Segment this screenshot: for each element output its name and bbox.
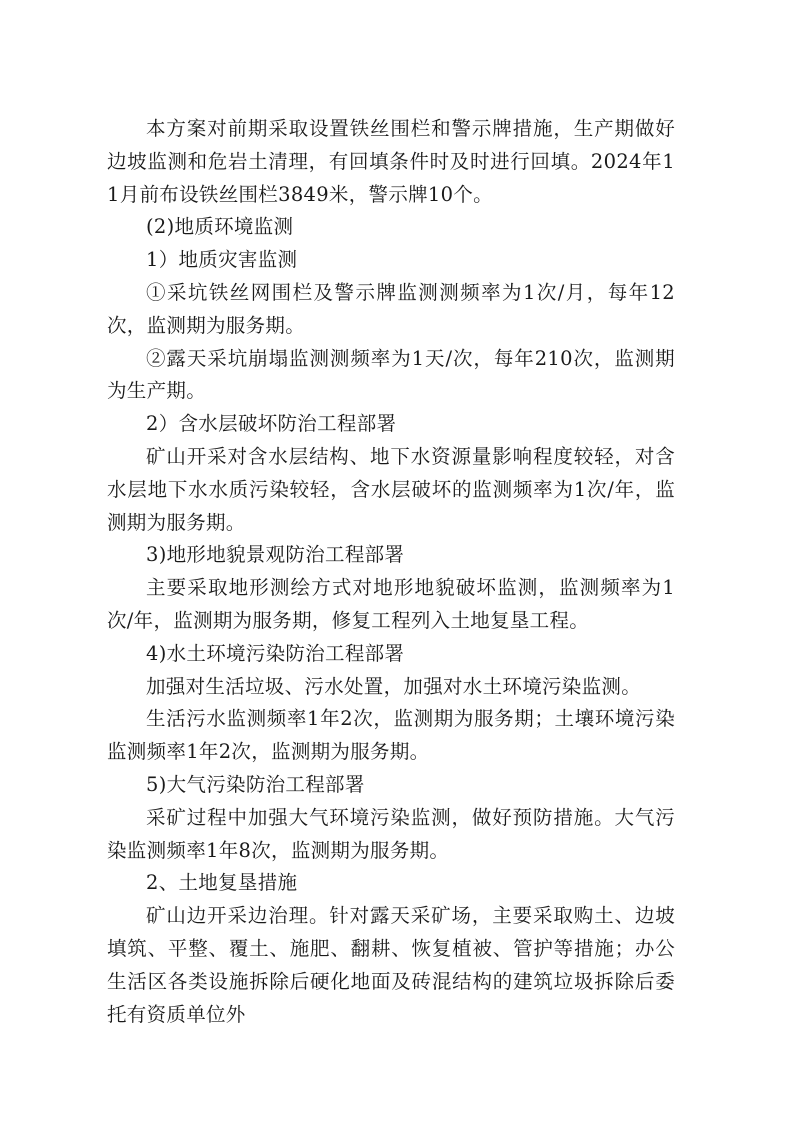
paragraph-fence-measures: 本方案对前期采取设置铁丝围栏和警示牌措施，生产期做好边坡监测和危岩土清理，有回填… (107, 113, 675, 211)
paragraph-air: 采矿过程中加强大气环境污染监测，做好预防措施。大气污染监测频率1年8次，监测期为… (107, 802, 675, 868)
heading-geo-env-monitoring: (2)地质环境监测 (107, 211, 675, 244)
heading-water-soil: 4)水土环境污染防治工程部署 (107, 638, 675, 671)
heading-aquifer: 2）含水层破坏防治工程部署 (107, 408, 675, 441)
heading-geo-hazard-monitoring: 1）地质灾害监测 (107, 244, 675, 277)
paragraph-water-soil-1: 加强对生活垃圾、污水处置，加强对水土环境污染监测。 (107, 671, 675, 704)
heading-landform: 3)地形地貌景观防治工程部署 (107, 539, 675, 572)
paragraph-land-reclamation: 矿山边开采边治理。针对露天采矿场，主要采取购土、边坡填筑、平整、覆土、施肥、翻耕… (107, 900, 675, 1031)
heading-air: 5)大气污染防治工程部署 (107, 769, 675, 802)
document-page: 本方案对前期采取设置铁丝围栏和警示牌措施，生产期做好边坡监测和危岩土清理，有回填… (107, 113, 675, 1031)
paragraph-landform: 主要采取地形测绘方式对地形地貌破坏监测，监测频率为1次/年，监测期为服务期，修复… (107, 572, 675, 638)
paragraph-aquifer: 矿山开采对含水层结构、地下水资源量影响程度较轻，对含水层地下水水质污染较轻，含水… (107, 441, 675, 539)
paragraph-collapse-monitoring: ②露天采坑崩塌监测测频率为1天/次，每年210次，监测期为生产期。 (107, 343, 675, 409)
paragraph-fence-monitoring: ①采坑铁丝网围栏及警示牌监测测频率为1次/月，每年12次，监测期为服务期。 (107, 277, 675, 343)
heading-land-reclamation: 2、土地复垦措施 (107, 867, 675, 900)
paragraph-water-soil-2: 生活污水监测频率1年2次，监测期为服务期；土壤环境污染监测频率1年2次，监测期为… (107, 703, 675, 769)
